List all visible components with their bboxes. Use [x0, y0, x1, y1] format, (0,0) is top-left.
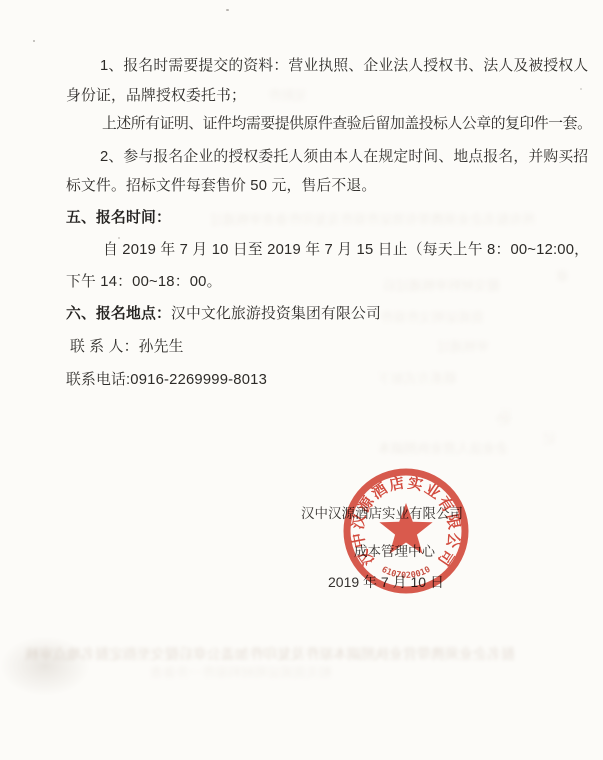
svg-text:酒: 酒	[368, 479, 390, 502]
contact-person-line: 联 系 人：孙先生	[70, 335, 184, 356]
svg-text:公: 公	[443, 531, 463, 550]
line-text: 1、报名时需要提交的资料：营业执照、企业法人授权书、法人及被授权人	[100, 58, 588, 74]
line-text: 身份证，品牌授权委托书；	[66, 88, 246, 104]
toner-speck	[33, 40, 35, 42]
signature-department: 成本管理中心	[354, 540, 435, 560]
paragraph-line: 下午 14：00~18：00。	[66, 270, 222, 291]
ghost-text: 三、	[487, 404, 513, 423]
line-prefix: 六、报名地点：	[66, 306, 171, 322]
line-text: 联 系 人：孙先生	[70, 339, 184, 355]
line-text: 下午 14：00~18：00。	[66, 274, 222, 290]
line-text: 上述所有证明、证件均需要提供原件查验后留加盖投标人公章的复印件一套。	[102, 116, 592, 132]
paragraph-line: 2、参与报名企业的授权委托人须由本人在规定时间、地点报名，并购买招	[100, 145, 588, 166]
paragraph-line: 标文件。招标文件每套售价 50 元，售后不退。	[66, 174, 376, 195]
svg-text:实: 实	[406, 474, 424, 495]
ghost-text: 联系方式如下	[378, 368, 456, 387]
contact-phone-line: 联系电话:0916-2269999-8013	[66, 368, 267, 389]
svg-text:店: 店	[387, 474, 405, 495]
ghost-text: 审核通过	[437, 336, 489, 355]
ghost-text: 企业法人营业执照副本	[378, 438, 508, 457]
ghost-text: 报名企业须携带营业执照副本原件及复印件加盖公章后提交至指定报名地点审核	[25, 644, 515, 664]
line-text: 汉中文化旅游投资集团有限公司	[171, 306, 381, 322]
section-heading: 六、报名地点：汉中文化旅游投资集团有限公司	[66, 302, 381, 323]
signature-company: 汉中汉源酒店实业有限公司	[301, 502, 463, 522]
svg-text:业: 业	[421, 480, 443, 502]
paragraph-line: 1、报名时需要提交的资料：营业执照、企业法人授权书、法人及被授权人	[100, 54, 588, 75]
ghost-text: 相关资质证明材料原件一并备查	[150, 662, 332, 681]
signature-date: 2019 年 7 月 10 日	[328, 572, 444, 592]
ghost-text: 章	[556, 266, 569, 285]
ghost-text: 见附件	[268, 85, 307, 104]
line-text: 2、参与报名企业的授权委托人须由本人在规定时间、地点报名，并购买招	[100, 149, 588, 165]
scanned-document-page: 1、报名时需要提交的资料：营业执照、企业法人授权书、法人及被授权人 身份证，品牌…	[0, 0, 603, 760]
ghost-text: 所有报名企业须携带有效证件原件及复印件备查审核通过	[185, 209, 535, 228]
paragraph-line: 上述所有证明、证件均需要提供原件查验后留加盖投标人公章的复印件一套。	[102, 112, 592, 133]
svg-text:司: 司	[434, 546, 457, 568]
line-text: 自 2019 年 7 月 10 日至 2019 年 7 月 15 日止（每天上午…	[103, 242, 589, 258]
line-text: 联系电话:0916-2269999-8013	[66, 372, 267, 388]
scan-smudge	[0, 636, 90, 696]
ghost-text: 记	[543, 428, 556, 447]
line-text: 标文件。招标文件每套售价 50 元，售后不退。	[66, 178, 376, 194]
paragraph-line: 自 2019 年 7 月 10 日至 2019 年 7 月 15 日止（每天上午…	[103, 238, 589, 259]
paragraph-line: 身份证，品牌授权委托书；	[66, 84, 246, 105]
ghost-text: 记	[498, 409, 511, 428]
section-heading: 五、报名时间：	[66, 206, 171, 227]
toner-speck	[226, 9, 229, 11]
ghost-text: 提交材料审核通过后	[383, 275, 500, 294]
ghost-text: 资质证明文件原件	[380, 307, 484, 326]
line-prefix: 五、报名时间：	[66, 210, 171, 226]
toner-speck	[580, 88, 582, 90]
